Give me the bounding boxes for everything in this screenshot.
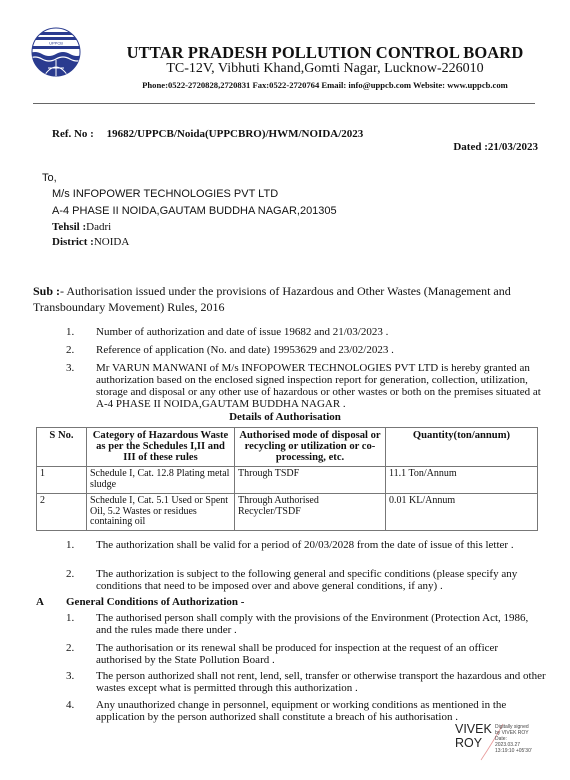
org-name: UTTAR PRADESH POLLUTION CONTROL BOARD <box>90 43 560 63</box>
subject-text: - Authorisation issued under the provisi… <box>33 284 511 314</box>
table-caption: Details of Authorisation <box>0 411 570 423</box>
ref-label: Ref. No : <box>52 128 94 140</box>
signature-meta: Digitally signed by VIVEK ROY Date: 2023… <box>495 724 532 754</box>
tehsil: Tehsil :Dadri <box>52 221 111 233</box>
uppcb-logo-icon: UPPCB <box>28 24 84 80</box>
header-category: Category of Hazardous Waste as per the S… <box>87 428 235 467</box>
condition-item: 3. The person authorized shall not rent,… <box>66 670 546 694</box>
subject-label: Sub : <box>33 284 60 298</box>
condition-item: 1. The authorised person shall comply wi… <box>66 612 546 636</box>
condition-item: 2. The authorisation or its renewal shal… <box>66 642 546 666</box>
authorisation-table: S No. Category of Hazardous Waste as per… <box>36 427 538 531</box>
tehsil-label: Tehsil : <box>52 221 86 233</box>
header-quantity: Quantity(ton/annum) <box>386 428 538 467</box>
subject: Sub :- Authorisation issued under the pr… <box>33 283 543 315</box>
district-label: District : <box>52 236 94 248</box>
digital-signature: VIVEK ROY Digitally signed by VIVEK ROY … <box>455 722 565 762</box>
header-sno: S No. <box>37 428 87 467</box>
org-address: TC-12V, Vibhuti Khand,Gomti Nagar, Luckn… <box>90 61 560 77</box>
validity-item: 1. The authorization shall be valid for … <box>66 539 546 563</box>
addressee-company: M/s INFOPOWER TECHNOLOGIES PVT LTD <box>52 188 278 200</box>
to-label: To, <box>42 172 57 184</box>
section-a-heading: AGeneral Conditions of Authorization - <box>36 596 244 608</box>
condition-item: 4. Any unauthorized change in personnel,… <box>66 699 546 723</box>
ref-value: 19682/UPPCB/Noida(UPPCBRO)/HWM/NOIDA/202… <box>107 128 364 140</box>
svg-text:UPPCB: UPPCB <box>49 41 63 46</box>
district-value: NOIDA <box>94 236 129 248</box>
tehsil-value: Dadri <box>86 221 111 233</box>
header-divider <box>33 103 535 104</box>
table-header-row: S No. Category of Hazardous Waste as per… <box>37 428 538 467</box>
list-item: 2. Reference of application (No. and dat… <box>66 344 546 358</box>
org-contact: Phone:0522-2720828,2720831 Fax:0522-2720… <box>90 80 560 90</box>
reference-number: Ref. No : 19682/UPPCB/Noida(UPPCBRO)/HWM… <box>52 128 363 140</box>
list-item: 1. Number of authorization and date of i… <box>66 326 546 340</box>
table-row: 1 Schedule I, Cat. 12.8 Plating metal sl… <box>37 467 538 494</box>
district: District :NOIDA <box>52 236 129 248</box>
header-disposal-mode: Authorised mode of disposal or recycling… <box>235 428 386 467</box>
validity-item: 2. The authorization is subject to the f… <box>66 568 546 592</box>
list-item: 3. Mr VARUN MANWANI of M/s INFOPOWER TEC… <box>66 362 546 410</box>
table-row: 2 Schedule I, Cat. 5.1 Used or Spent Oil… <box>37 494 538 531</box>
signer-name: VIVEK ROY <box>455 722 492 750</box>
dated: Dated :21/03/2023 <box>453 141 538 153</box>
addressee-address: A-4 PHASE II NOIDA,GAUTAM BUDDHA NAGAR,2… <box>52 205 337 217</box>
